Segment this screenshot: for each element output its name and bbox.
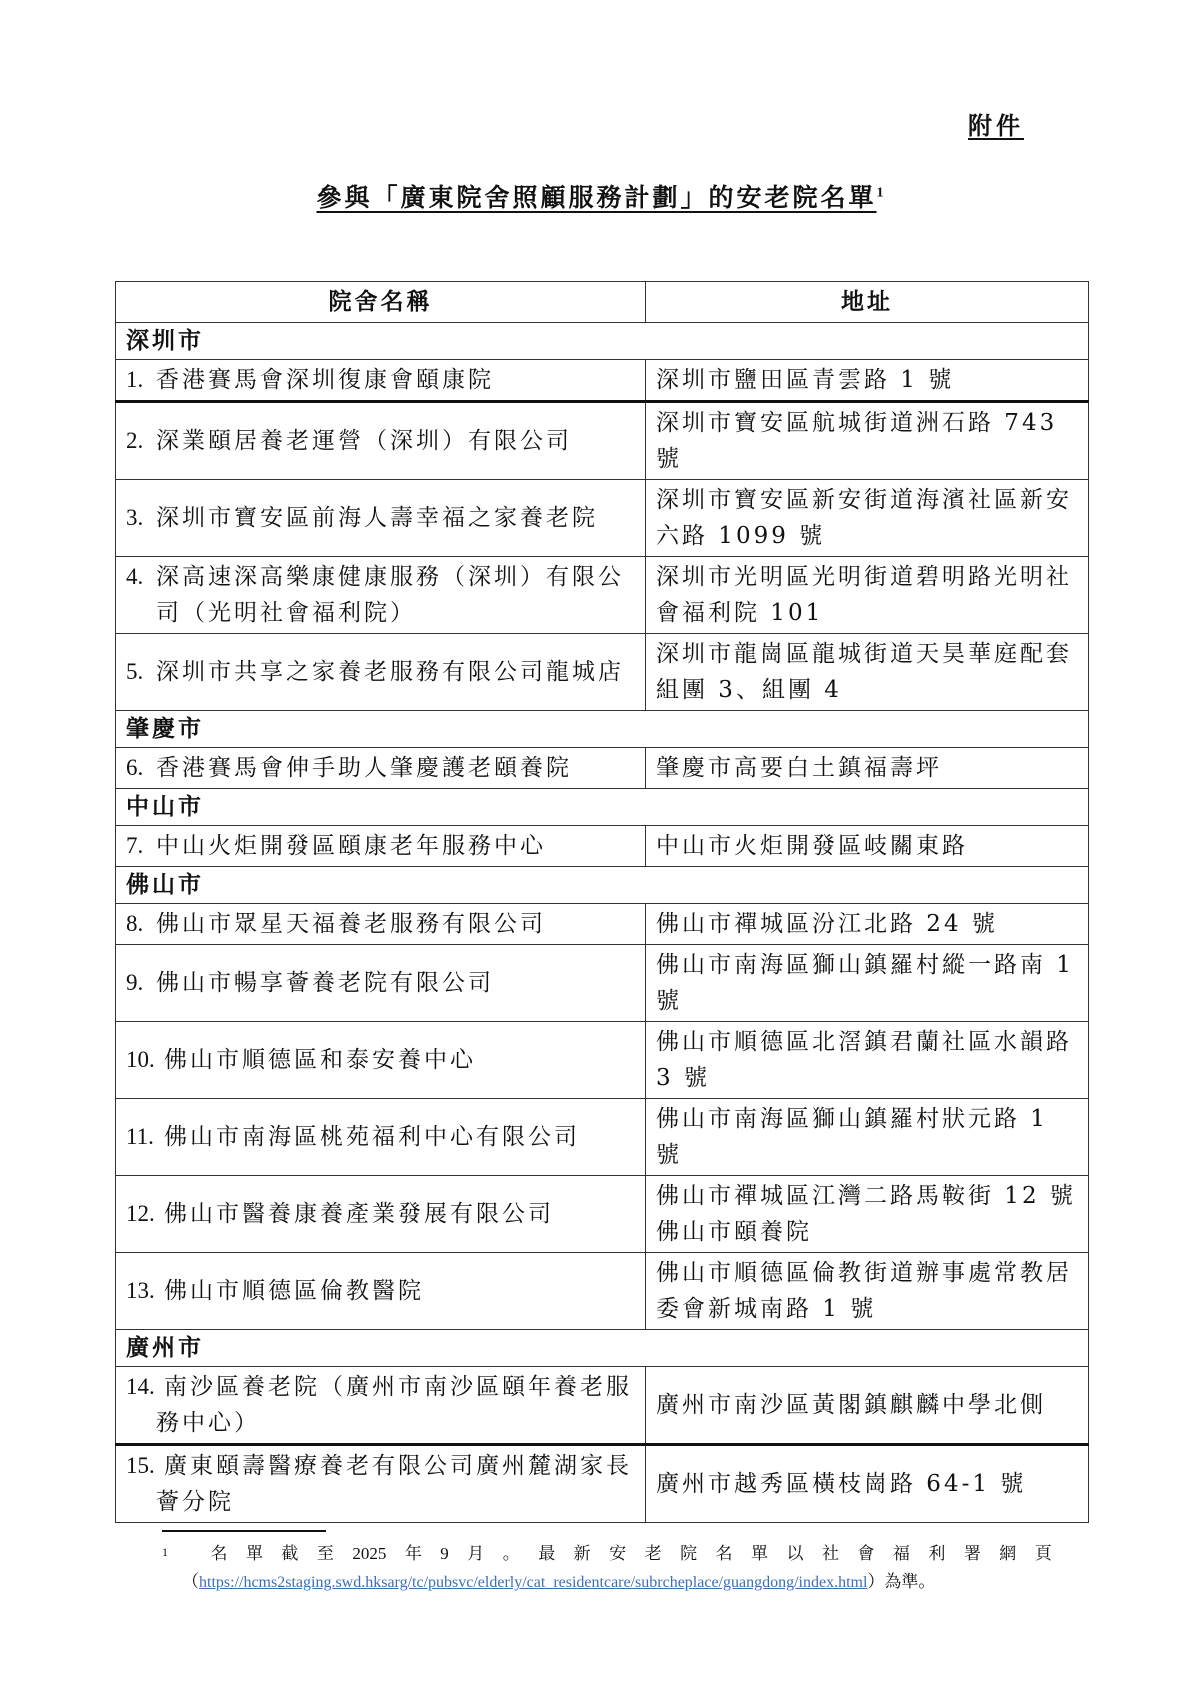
table-row: 7.中山火炬開發區頤康老年服務中心 中山市火炬開發區岐關東路 [116, 826, 1089, 867]
footnote: 1 名 單 截 至 2025 年 9 月 。 最 新 安 老 院 名 單 以 社… [162, 1540, 1052, 1597]
table-row: 8.佛山市眾星天福養老服務有限公司 佛山市禪城區汾江北路 24 號 [116, 904, 1089, 945]
table-row: 2.深業頤居養老運營（深圳）有限公司 深圳市寶安區航城街道洲石路 743 號 [116, 402, 1089, 480]
table-row: 10.佛山市順德區和泰安養中心 佛山市順德區北滘鎮君蘭社區水韻路 3 號 [116, 1022, 1089, 1099]
table-row: 9.佛山市暢享薈養老院有限公司 佛山市南海區獅山鎮羅村縱一路南 1 號 [116, 945, 1089, 1022]
home-name: 3.深圳市寶安區前海人壽幸福之家養老院 [116, 480, 646, 557]
home-address: 廣州市越秀區橫枝崗路 64-1 號 [646, 1445, 1089, 1523]
footnote-divider [162, 1530, 326, 1532]
home-address: 深圳市鹽田區青雲路 1 號 [646, 360, 1089, 402]
region-name: 中山市 [116, 789, 1089, 826]
home-name: 6.香港賽馬會伸手助人肇慶護老頤養院 [116, 748, 646, 789]
home-name: 10.佛山市順德區和泰安養中心 [116, 1022, 646, 1099]
header-address: 地址 [646, 282, 1089, 323]
annex-label: 附件 [968, 106, 1024, 141]
table-row: 1.香港賽馬會深圳復康會頤康院 深圳市鹽田區青雲路 1 號 [116, 360, 1089, 402]
home-name: 14.南沙區養老院（廣州市南沙區頤年養老服務中心） [116, 1367, 646, 1445]
region-row-guangzhou: 廣州市 [116, 1330, 1089, 1367]
home-address: 佛山市順德區倫教街道辦事處常教居委會新城南路 1 號 [646, 1253, 1089, 1330]
home-address: 佛山市南海區獅山鎮羅村狀元路 1 號 [646, 1099, 1089, 1176]
swd-webpage-link[interactable]: https://hcms2staging.swd.hksarg/tc/pubsv… [199, 1574, 867, 1591]
table-row: 12.佛山市醫養康養產業發展有限公司 佛山市禪城區江灣二路馬鞍街 12 號佛山市… [116, 1176, 1089, 1253]
home-name: 5.深圳市共享之家養老服務有限公司龍城店 [116, 634, 646, 711]
region-name: 深圳市 [116, 323, 1089, 360]
table-row: 14.南沙區養老院（廣州市南沙區頤年養老服務中心） 廣州市南沙區黃閣鎮麒麟中學北… [116, 1367, 1089, 1445]
table-row: 5.深圳市共享之家養老服務有限公司龍城店 深圳市龍崗區龍城街道天昊華庭配套組團 … [116, 634, 1089, 711]
title-text: 參與「廣東院舍照顧服務計劃」的安老院名單 [316, 183, 876, 212]
home-name: 15.廣東頤壽醫療養老有限公司廣州麓湖家長薈分院 [116, 1445, 646, 1523]
title-footnote-ref[interactable]: 1 [877, 186, 884, 201]
table-row: 4.深高速深高樂康健康服務（深圳）有限公司（光明社會福利院） 深圳市光明區光明街… [116, 557, 1089, 634]
region-row-zhongshan: 中山市 [116, 789, 1089, 826]
home-name: 13.佛山市順德區倫教醫院 [116, 1253, 646, 1330]
table-row: 11.佛山市南海區桃苑福利中心有限公司 佛山市南海區獅山鎮羅村狀元路 1 號 [116, 1099, 1089, 1176]
home-address: 深圳市寶安區航城街道洲石路 743 號 [646, 402, 1089, 480]
region-row-foshan: 佛山市 [116, 867, 1089, 904]
footnote-line-1: 1 名 單 截 至 2025 年 9 月 。 最 新 安 老 院 名 單 以 社… [162, 1540, 1052, 1568]
home-address: 佛山市禪城區江灣二路馬鞍街 12 號佛山市頤養院 [646, 1176, 1089, 1253]
region-row-zhaoqing: 肇慶市 [116, 711, 1089, 748]
home-address: 佛山市順德區北滘鎮君蘭社區水韻路 3 號 [646, 1022, 1089, 1099]
home-address: 中山市火炬開發區岐關東路 [646, 826, 1089, 867]
home-name: 8.佛山市眾星天福養老服務有限公司 [116, 904, 646, 945]
region-name: 佛山市 [116, 867, 1089, 904]
table-row: 13.佛山市順德區倫教醫院 佛山市順德區倫教街道辦事處常教居委會新城南路 1 號 [116, 1253, 1089, 1330]
home-address: 佛山市禪城區汾江北路 24 號 [646, 904, 1089, 945]
home-address: 深圳市龍崗區龍城街道天昊華庭配套組團 3、組團 4 [646, 634, 1089, 711]
footnote-number: 1 [162, 1538, 168, 1566]
header-name: 院舍名稱 [116, 282, 646, 323]
home-name: 7.中山火炬開發區頤康老年服務中心 [116, 826, 646, 867]
page-title: 參與「廣東院舍照顧服務計劃」的安老院名單1 [0, 178, 1200, 214]
footnote-closing-text: ）為準。 [867, 1572, 935, 1592]
table-row: 15.廣東頤壽醫療養老有限公司廣州麓湖家長薈分院 廣州市越秀區橫枝崗路 64-1… [116, 1445, 1089, 1523]
footnote-line-2: （https://hcms2staging.swd.hksarg/tc/pubs… [162, 1568, 1052, 1597]
home-address: 深圳市寶安區新安街道海濱社區新安六路 1099 號 [646, 480, 1089, 557]
home-address: 肇慶市高要白土鎮福壽坪 [646, 748, 1089, 789]
home-address: 深圳市光明區光明街道碧明路光明社會福利院 101 [646, 557, 1089, 634]
home-name: 12.佛山市醫養康養產業發展有限公司 [116, 1176, 646, 1253]
region-row-shenzhen: 深圳市 [116, 323, 1089, 360]
home-address: 廣州市南沙區黃閣鎮麒麟中學北側 [646, 1367, 1089, 1445]
table-row: 3.深圳市寶安區前海人壽幸福之家養老院 深圳市寶安區新安街道海濱社區新安六路 1… [116, 480, 1089, 557]
home-name: 2.深業頤居養老運營（深圳）有限公司 [116, 402, 646, 480]
home-name: 4.深高速深高樂康健康服務（深圳）有限公司（光明社會福利院） [116, 557, 646, 634]
elderly-home-table: 院舍名稱 地址 深圳市 1.香港賽馬會深圳復康會頤康院 深圳市鹽田區青雲路 1 … [115, 281, 1089, 1523]
home-name: 1.香港賽馬會深圳復康會頤康院 [116, 360, 646, 402]
home-name: 11.佛山市南海區桃苑福利中心有限公司 [116, 1099, 646, 1176]
home-name: 9.佛山市暢享薈養老院有限公司 [116, 945, 646, 1022]
footnote-open-paren: （ [182, 1572, 199, 1592]
region-name: 廣州市 [116, 1330, 1089, 1367]
home-address: 佛山市南海區獅山鎮羅村縱一路南 1 號 [646, 945, 1089, 1022]
table-row: 6.香港賽馬會伸手助人肇慶護老頤養院 肇慶市高要白土鎮福壽坪 [116, 748, 1089, 789]
region-name: 肇慶市 [116, 711, 1089, 748]
table-header-row: 院舍名稱 地址 [116, 282, 1089, 323]
